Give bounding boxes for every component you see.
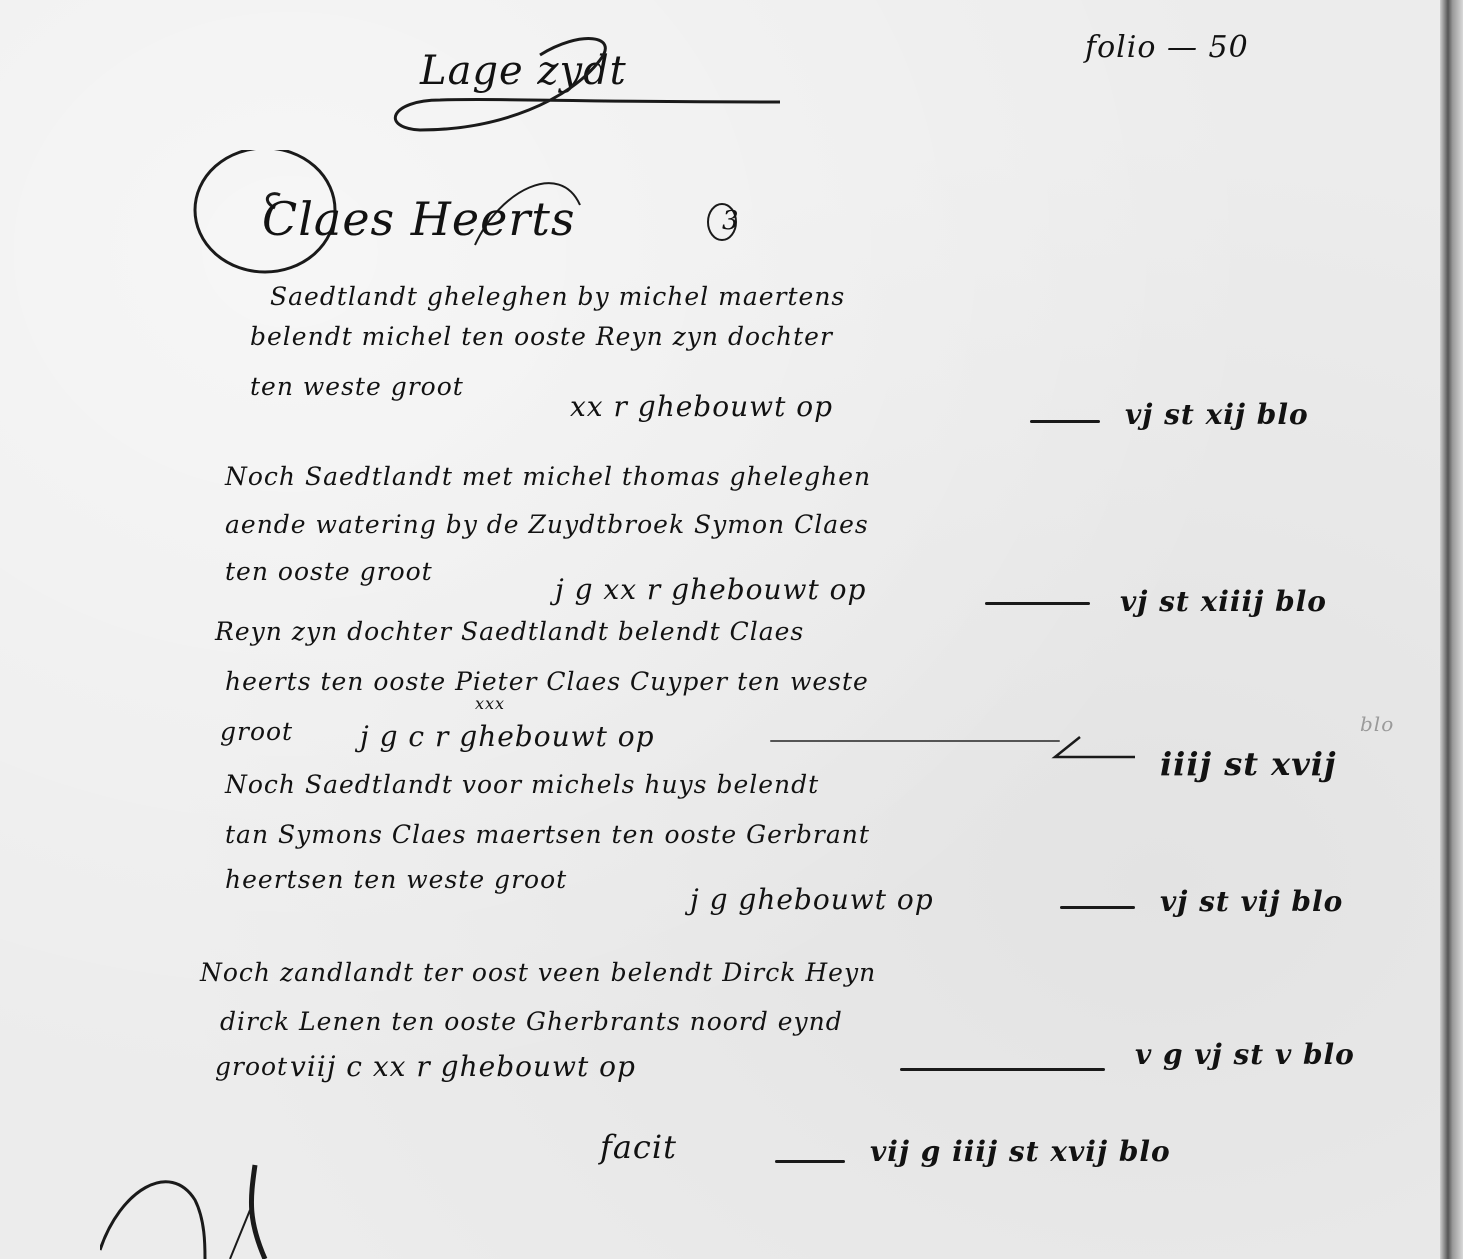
entry-line: Saedtlandt gheleghen by michel maertens <box>270 282 845 312</box>
folio-dash: — <box>1167 30 1209 65</box>
entry-line: ten ooste groot <box>225 557 433 587</box>
entry-amount: vj st xiiij blo <box>1120 585 1327 618</box>
folio-text: folio <box>1085 30 1156 65</box>
bracket-mark <box>1050 735 1140 765</box>
entry-dash <box>985 602 1090 605</box>
entry-line: Noch Saedtlandt met michel thomas gheleg… <box>225 462 871 492</box>
total-dash <box>775 1160 845 1163</box>
page-binding-edge <box>1440 0 1463 1259</box>
total-amount: vij g iiij st xvij blo <box>870 1135 1171 1168</box>
next-initial-flourish <box>100 1150 300 1259</box>
owner-name: Claes Heerts <box>262 192 575 246</box>
entry-line: Noch Saedtlandt voor michels huys belend… <box>225 770 819 800</box>
measure-correction: xxx <box>475 694 505 713</box>
manuscript-page: Lage zydt folio — 50 Claes Heerts 3 Saed… <box>0 0 1450 1259</box>
faint-annotation: blo <box>1360 712 1394 736</box>
entry-dash <box>770 740 1060 742</box>
folio-number: 50 <box>1209 30 1249 65</box>
entry-line: groot <box>220 717 293 747</box>
entry-amount: vj st xij blo <box>1125 398 1309 431</box>
entry-dash <box>900 1068 1105 1071</box>
entry-line: belendt michel ten ooste Reyn zyn dochte… <box>250 322 833 352</box>
entry-line: ten weste groot <box>250 372 464 402</box>
entry-measure: j g c r ghebouwt op <box>360 722 655 752</box>
entry-dash <box>1060 906 1135 909</box>
entry-line: tan Symons Claes maertsen ten ooste Gerb… <box>225 820 870 850</box>
total-label: facit <box>600 1128 677 1166</box>
entry-line: Noch zandlandt ter oost veen belendt Dir… <box>200 958 876 988</box>
entry-measure: j g xx r ghebouwt op <box>555 575 866 605</box>
entry-line: heertsen ten weste groot <box>225 865 567 895</box>
entry-amount: v g vj st v blo <box>1135 1038 1355 1071</box>
entry-measure: viij c xx r ghebouwt op <box>290 1052 636 1082</box>
entry-amount: iiij st xvij <box>1160 745 1337 783</box>
entry-line: dirck Lenen ten ooste Gherbrants noord e… <box>220 1007 843 1037</box>
entry-measure: j g ghebouwt op <box>690 885 934 915</box>
folio-label: folio — 50 <box>1085 30 1249 65</box>
owner-marker: 3 <box>722 206 740 236</box>
entry-line: groot <box>215 1052 288 1082</box>
entry-amount: vj st vij blo <box>1160 885 1343 918</box>
entry-dash <box>1030 420 1100 423</box>
entry-line: heerts ten ooste Pieter Claes Cuyper ten… <box>225 667 869 697</box>
entry-line: aende watering by de Zuydtbroek Symon Cl… <box>225 510 869 540</box>
entry-line: Reyn zyn dochter Saedtlandt belendt Clae… <box>215 617 804 647</box>
heading-flourish <box>380 20 820 140</box>
entry-measure: xx r ghebouwt op <box>570 392 833 422</box>
